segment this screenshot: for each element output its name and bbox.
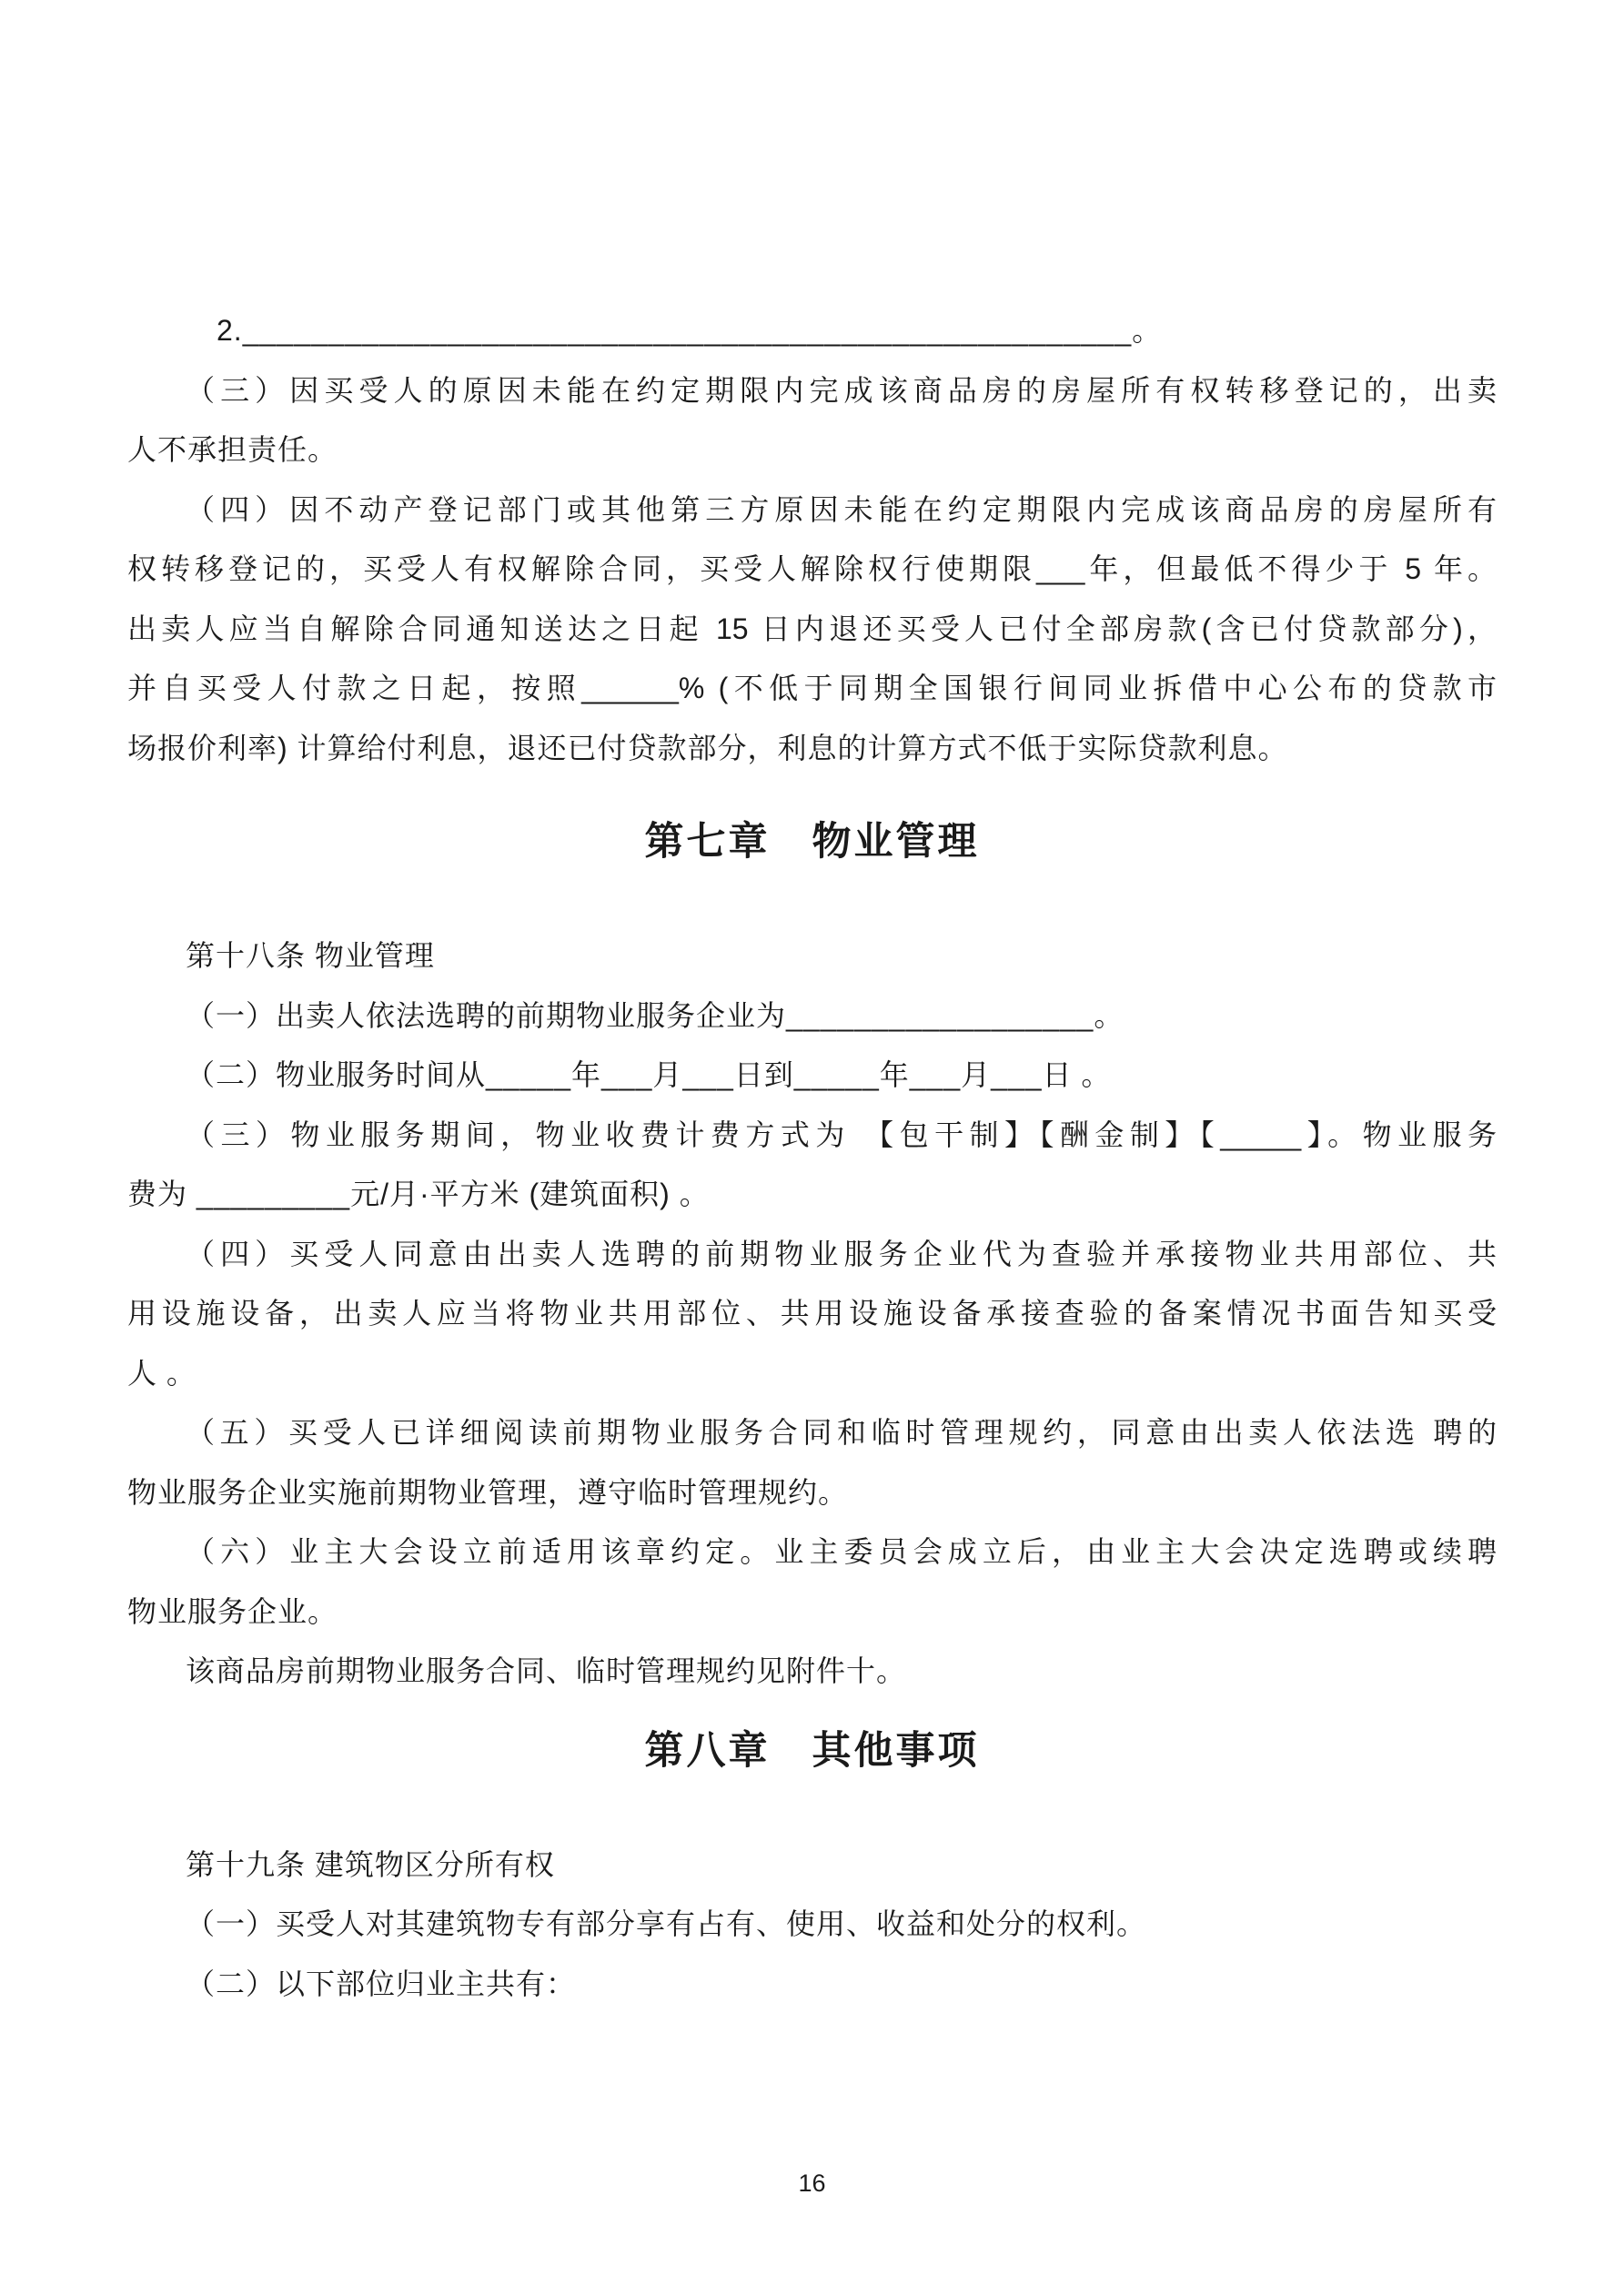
article-18-item-2: （二）物业服务时间从_____年___月___日到_____年___月___日 … [127,1046,1497,1106]
article-18-item-5-line-1: （五）买受人已详细阅读前期物业服务合同和临时管理规约，同意由出卖人依法选 聘的 [127,1403,1497,1463]
para-4-line-4: 并自买受人付款之日起，按照______% (不低于同期全国银行间同业拆借中心公布… [127,659,1497,719]
article-19-item-2: （二）以下部位归业主共有： [127,1955,1497,2015]
contract-body: 2.______________________________________… [127,301,1497,2014]
page-number: 16 [798,2170,825,2197]
page-footer: 16 [0,2169,1624,2198]
article-18-title: 第十八条 物业管理 [127,926,1497,986]
clause-2-blank-line: 2.______________________________________… [127,301,1497,361]
para-3-line-1: （三）因买受人的原因未能在约定期限内完成该商品房的房屋所有权转移登记的，出卖 [127,361,1497,421]
para-4-line-1: （四）因不动产登记部门或其他第三方原因未能在约定期限内完成该商品房的房屋所有 [127,480,1497,541]
article-18-closing: 该商品房前期物业服务合同、临时管理规约见附件十。 [127,1642,1497,1702]
contract-document-page: 2.______________________________________… [0,0,1624,2296]
article-18-item-3-line-2: 费为 _________元/月·平方米 (建筑面积) 。 [127,1165,1497,1225]
article-18-item-6-line-1: （六）业主大会设立前适用该章约定。业主委员会成立后，由业主大会决定选聘或续聘 [127,1522,1497,1583]
para-4-line-5: 场报价利率) 计算给付利息，退还已付贷款部分，利息的计算方式不低于实际贷款利息。 [127,719,1497,779]
article-18-item-5-line-2: 物业服务企业实施前期物业管理，遵守临时管理规约。 [127,1463,1497,1523]
article-19-title: 第十九条 建筑物区分所有权 [127,1836,1497,1896]
chapter-8-heading: 第八章 其他事项 [127,1722,1497,1781]
chapter-7-heading: 第七章 物业管理 [127,813,1497,872]
article-18-item-3-line-1: （三）物业服务期间，物业收费计费方式为 【包干制】【酬金制】【_____】。物业… [127,1106,1497,1166]
article-18-item-1: （一）出卖人依法选聘的前期物业服务企业为__________________。 [127,986,1497,1047]
para-3-line-2: 人不承担责任。 [127,420,1497,480]
article-18-item-6-line-2: 物业服务企业。 [127,1583,1497,1643]
article-18-item-4-line-1: （四）买受人同意由出卖人选聘的前期物业服务企业代为查验并承接物业共用部位、共 [127,1225,1497,1285]
article-18-item-4-line-3: 人 。 [127,1344,1497,1404]
para-4-line-2: 权转移登记的，买受人有权解除合同，买受人解除权行使期限___年，但最低不得少于 … [127,540,1497,600]
para-4-line-3: 出卖人应当自解除合同通知送达之日起 15 日内退还买受人已付全部房款(含已付贷款… [127,600,1497,660]
article-18-item-4-line-2: 用设施设备，出卖人应当将物业共用部位、共用设施设备承接查验的备案情况书面告知买受 [127,1284,1497,1344]
article-19-item-1: （一）买受人对其建筑物专有部分享有占有、使用、收益和处分的权利。 [127,1895,1497,1955]
